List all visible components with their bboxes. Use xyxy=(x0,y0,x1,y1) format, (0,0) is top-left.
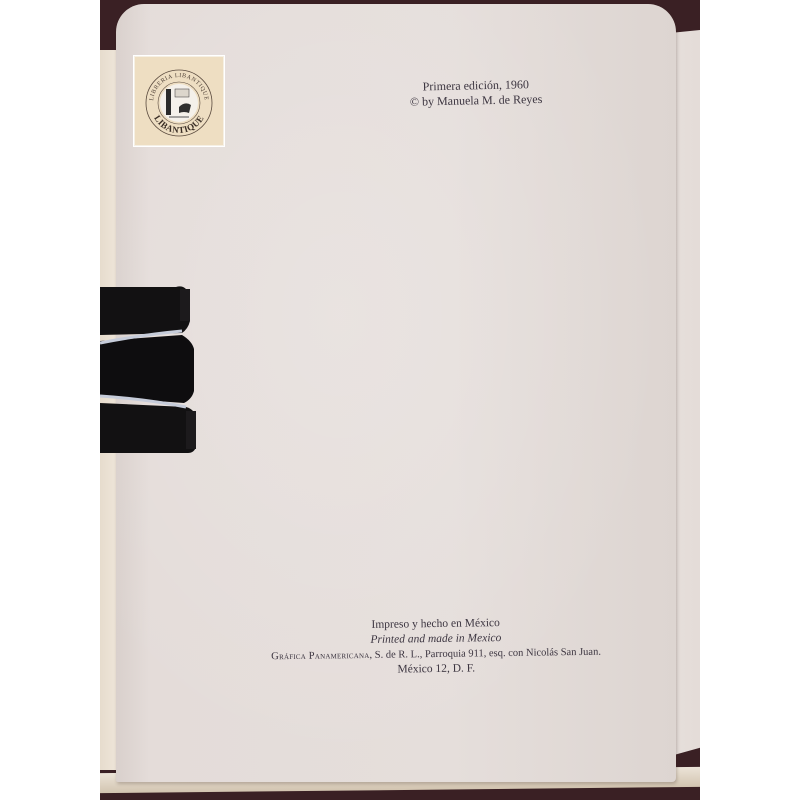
imprint-block: Impreso y hecho en México Printed and ma… xyxy=(226,614,647,680)
bookshop-stamp: LIBRERIA LIBANTIQUE LIBANTIQUE xyxy=(134,56,224,146)
printer-name: Gráfica Panamericana xyxy=(271,650,369,662)
canvas: Primera edición, 1960 © by Manuela M. de… xyxy=(0,0,800,800)
binder-clip xyxy=(100,283,198,455)
printer-details: , S. de R. L., Parroquia 911, esq. con N… xyxy=(369,647,601,661)
book-photo: Primera edición, 1960 © by Manuela M. de… xyxy=(100,0,700,800)
bookshop-seal-icon: LIBRERIA LIBANTIQUE LIBANTIQUE xyxy=(139,61,219,141)
